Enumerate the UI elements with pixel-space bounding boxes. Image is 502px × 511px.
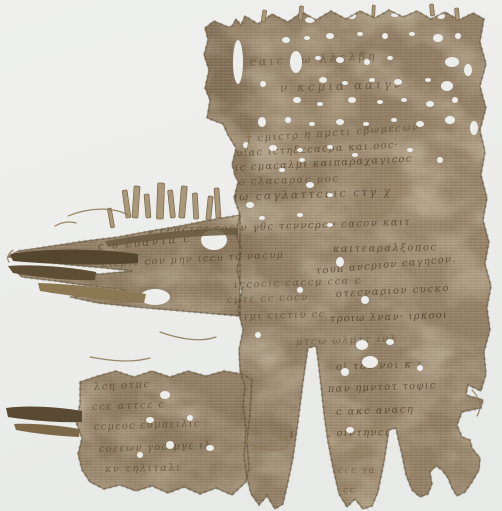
worm-hole [391, 118, 397, 122]
worm-hole [285, 117, 291, 123]
worm-hole [382, 33, 388, 39]
worm-hole [341, 368, 349, 376]
worm-hole [309, 122, 315, 126]
worm-hole [206, 445, 214, 451]
worm-hole [233, 40, 243, 84]
papyrus-photograph: ϲαιϲ τω λλελβην κϲμια ααιγντ ϲμιϲτρ η πμ… [0, 0, 502, 511]
worm-hole [352, 153, 358, 157]
worm-hole [362, 356, 378, 368]
worm-hole [299, 158, 305, 162]
worm-hole [290, 51, 302, 73]
worm-hole [394, 79, 402, 85]
worm-hole [409, 32, 415, 36]
worm-hole [361, 296, 369, 304]
worm-hole [377, 100, 383, 104]
worm-hole [304, 36, 310, 40]
worm-hole [293, 97, 301, 103]
worm-hole [425, 78, 431, 82]
worm-hole [306, 182, 314, 188]
worm-hole [342, 81, 348, 85]
worm-hole [319, 77, 327, 83]
edge-tuft [429, 4, 434, 16]
worm-hole [297, 148, 303, 152]
worm-hole [455, 33, 461, 39]
worm-hole [297, 213, 303, 217]
worm-hole [160, 391, 170, 399]
worm-hole [327, 145, 333, 149]
edge-tuft [192, 193, 198, 219]
worm-hole [279, 168, 285, 172]
worm-hole [416, 121, 424, 127]
worm-hole [282, 37, 290, 43]
edge-tuft [156, 183, 164, 219]
papyrus-text-line: ϲϲ [343, 486, 356, 496]
edge-tuft [298, 6, 303, 20]
worm-hole [348, 97, 356, 103]
worm-hole [356, 340, 368, 350]
worm-hole [452, 97, 458, 103]
worm-hole [258, 117, 266, 127]
worm-hole [369, 78, 375, 82]
worm-hole [441, 81, 453, 91]
worm-hole [464, 64, 472, 76]
edge-tuft [454, 8, 459, 20]
worm-hole [407, 148, 413, 152]
worm-hole [401, 98, 407, 102]
papyrus-text-line: ϲϲϲ τα [338, 466, 376, 476]
worm-hole [326, 33, 334, 39]
worm-hole [260, 81, 266, 87]
worm-hole [255, 332, 261, 338]
worm-hole [426, 101, 434, 107]
worm-hole [327, 223, 333, 227]
worm-hole [317, 102, 323, 106]
worm-hole [470, 121, 478, 135]
worm-hole [387, 56, 393, 60]
worm-hole [327, 193, 333, 197]
worm-hole [336, 57, 344, 63]
worm-hole [445, 57, 459, 67]
worm-hole [357, 32, 363, 36]
worm-hole [417, 365, 423, 371]
worm-hole [137, 452, 143, 458]
worm-hole [386, 339, 394, 345]
papyrus-text-line: καιτεαραλξοποϲ [332, 242, 438, 255]
worm-hole [346, 427, 354, 433]
worm-hole [336, 119, 344, 125]
worm-hole [297, 287, 303, 293]
papyrus-photo-canvas: ϲαιϲ τω λλελβην κϲμια ααιγντ ϲμιϲτρ η πμ… [0, 0, 502, 511]
worm-hole [315, 56, 321, 60]
worm-hole [246, 202, 254, 208]
worm-hole [437, 157, 443, 163]
worm-hole [364, 59, 370, 65]
worm-hole [433, 34, 443, 42]
worm-hole [445, 116, 455, 124]
worm-hole [363, 122, 369, 126]
worm-hole [336, 257, 344, 267]
edge-tuft [372, 5, 376, 17]
worm-hole [166, 441, 174, 449]
worm-hole [146, 417, 154, 423]
papyrus-text-line: κν τηλιταλι [104, 463, 182, 475]
worm-hole [259, 216, 265, 220]
worm-hole [269, 145, 277, 151]
worm-hole [187, 415, 193, 421]
